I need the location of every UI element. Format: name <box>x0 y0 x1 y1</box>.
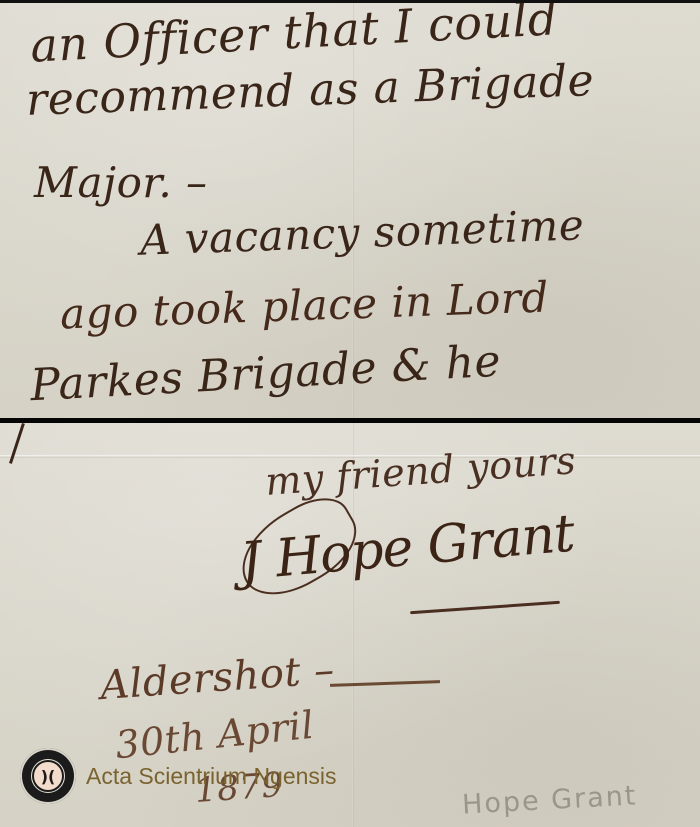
handwritten-line-4: A vacancy sometime <box>139 200 585 264</box>
handwritten-line-6: Parkes Brigade & he <box>29 336 502 412</box>
letter-place: Aldershot – <box>99 647 336 709</box>
seal-emblem: )( <box>32 760 64 792</box>
watermark-label: Acta Scientrium Ngensis <box>86 763 337 790</box>
watermark: )( Acta Scientrium Ngensis <box>20 748 337 804</box>
letter-closing: my friend yours <box>264 438 578 504</box>
seal-logo-icon: )( <box>20 748 76 804</box>
letter-top-section: an Officer that I could recommend as a B… <box>0 3 700 418</box>
place-dash <box>330 680 440 687</box>
handwritten-line-5: ago took place in Lord <box>59 272 549 338</box>
handwritten-line-3: Major. – <box>34 158 208 207</box>
signature-underline <box>410 601 560 614</box>
pencil-annotation: Hope Grant <box>461 780 638 820</box>
